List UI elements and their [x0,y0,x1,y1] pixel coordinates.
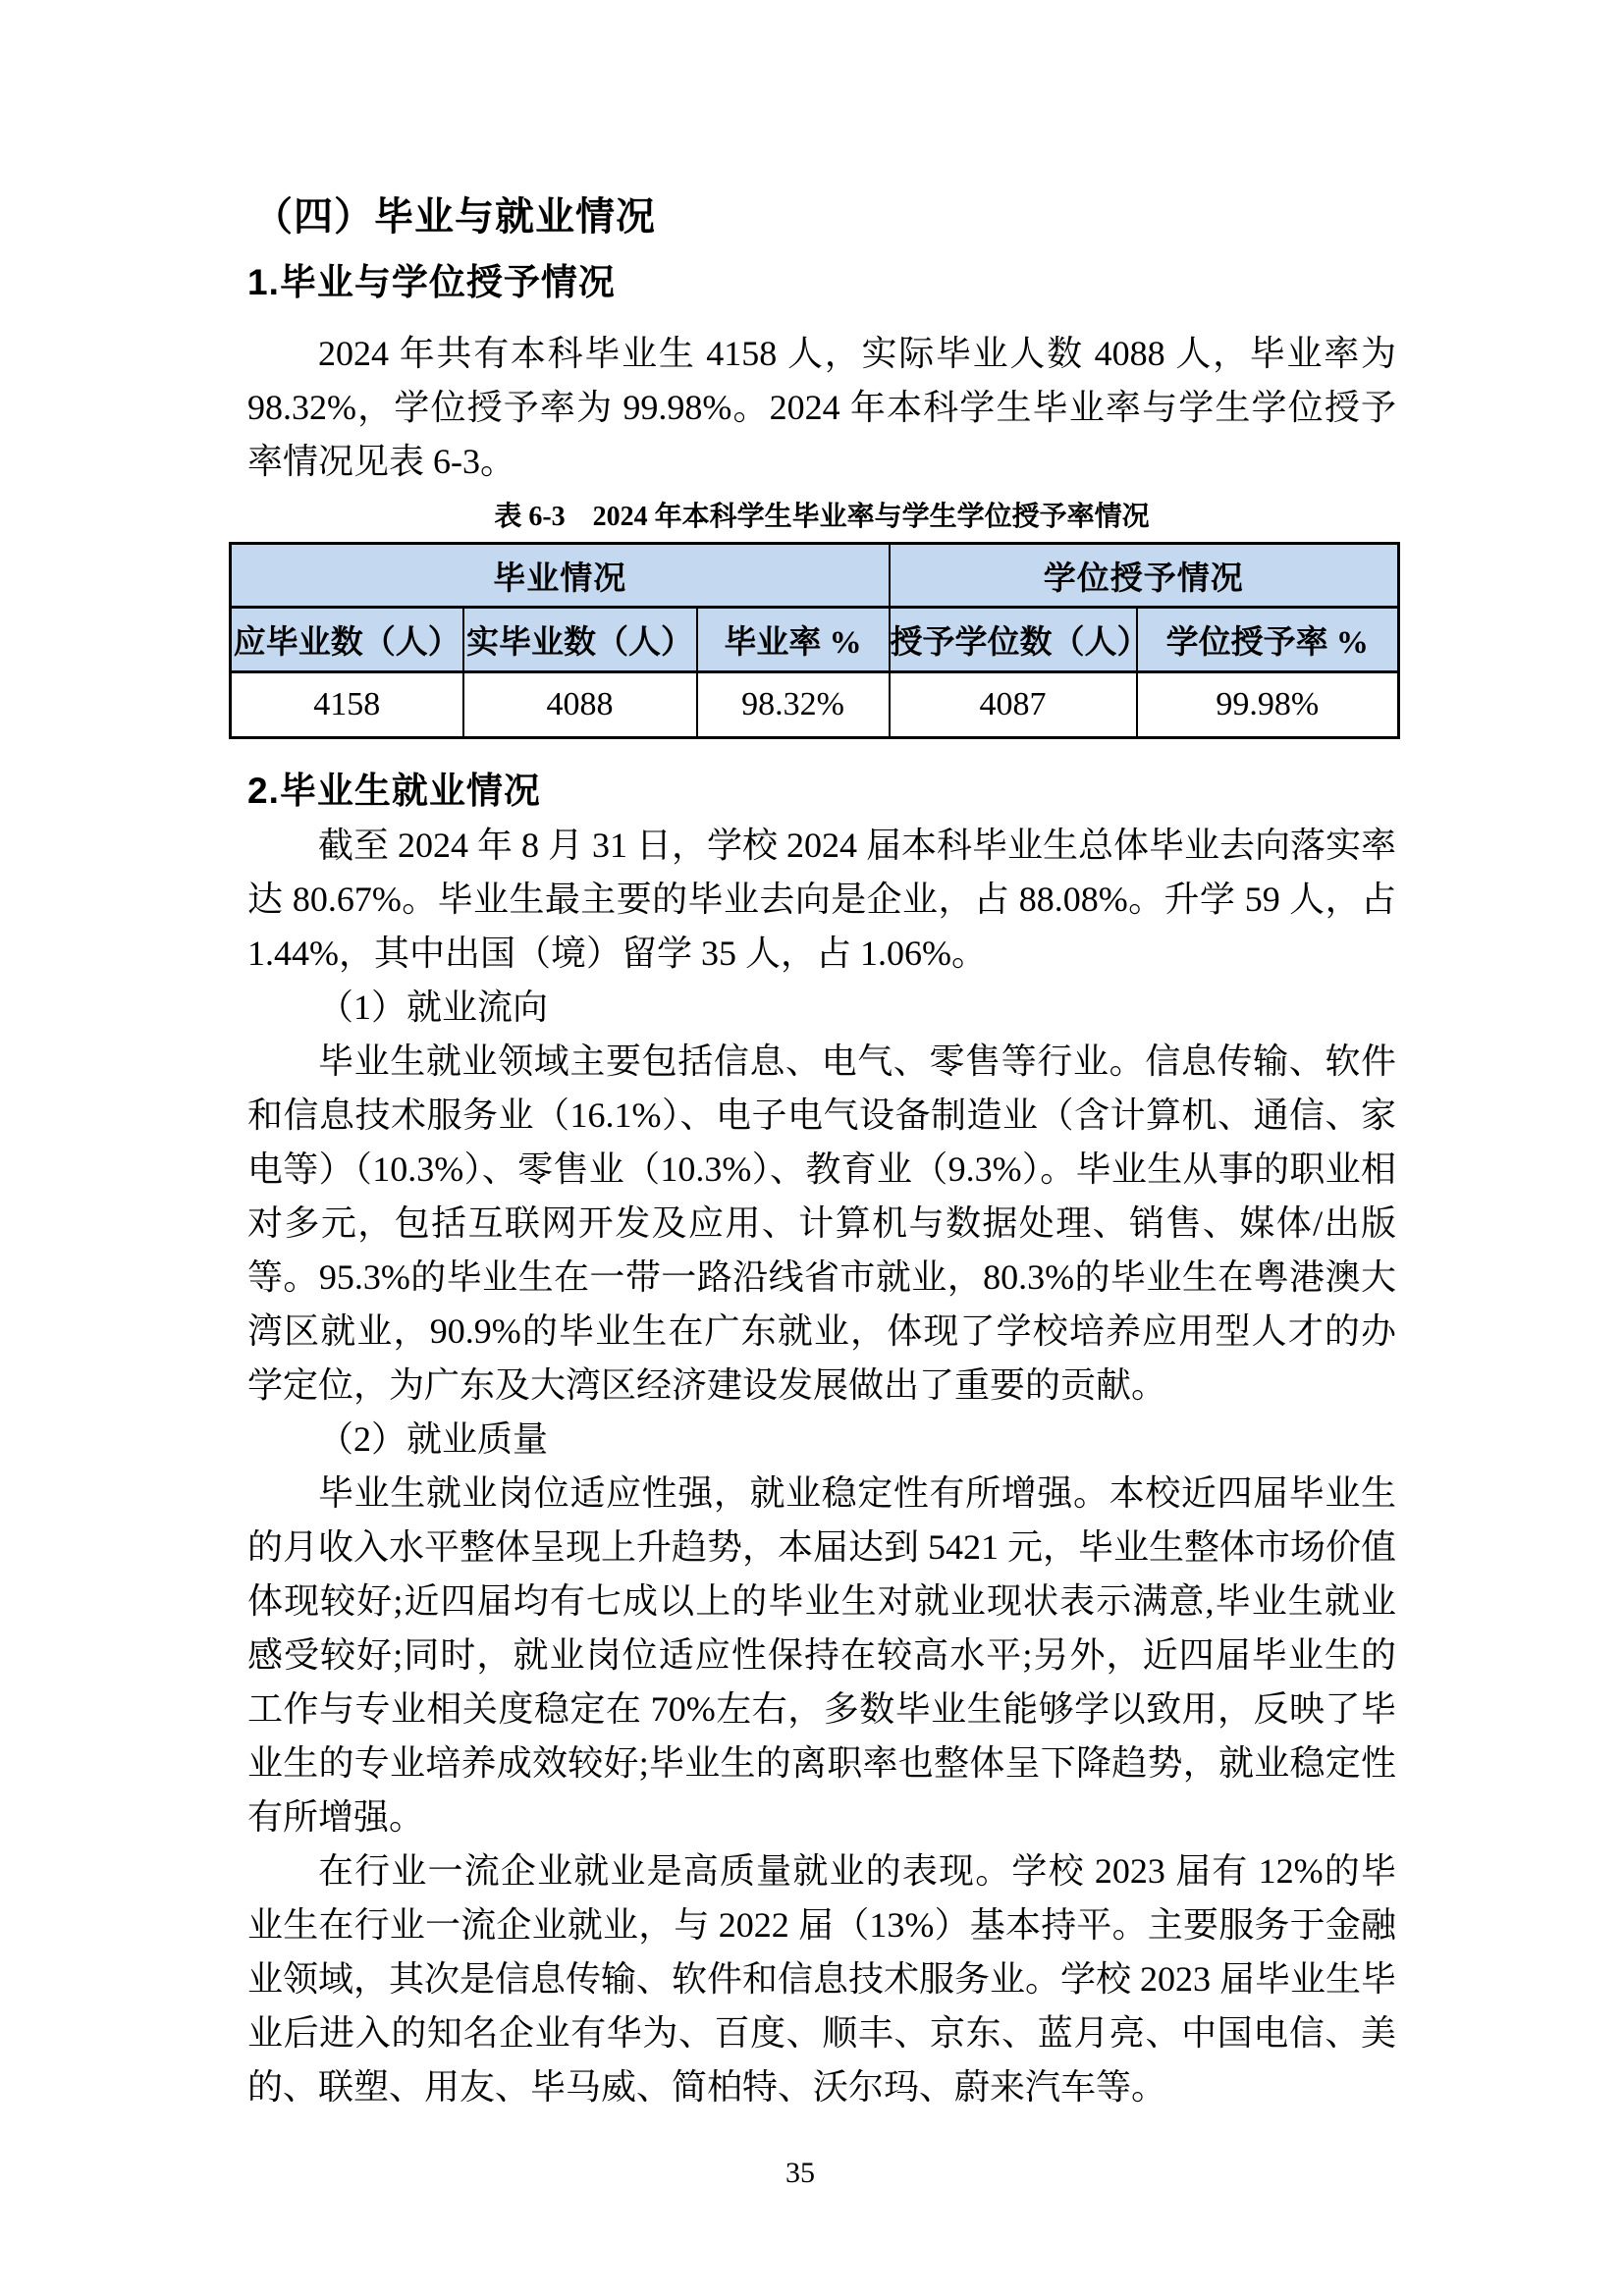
column-header-actual-graduates: 实毕业数（人） [463,608,697,672]
column-header-expected-graduates: 应毕业数（人） [231,608,463,672]
document-content: （四）毕业与就业情况 1.毕业与学位授予情况 2024 年共有本科毕业生 415… [247,191,1396,2114]
page-number: 35 [0,2156,1600,2191]
cell-degrees-awarded: 4087 [890,672,1137,738]
column-header-graduation-rate: 毕业率 % [697,608,890,672]
table-data-row: 4158 4088 98.32% 4087 99.98% [231,672,1399,738]
column-header-degree-award-rate: 学位授予率 % [1137,608,1399,672]
item1-paragraph: 毕业生就业领域主要包括信息、电气、零售等行业。信息传输、软件和信息技术服务业（1… [247,1035,1396,1413]
cell-actual-graduates: 4088 [463,672,697,738]
item1-title: （1）就业流向 [247,981,1396,1035]
section-heading: （四）毕业与就业情况 [253,191,1396,242]
cell-degree-award-rate: 99.98% [1137,672,1399,738]
cell-graduation-rate: 98.32% [697,672,890,738]
subsection2-heading: 2.毕业生就业情况 [247,769,1396,814]
group-header-graduation: 毕业情况 [231,544,890,608]
subsection1-heading: 1.毕业与学位授予情况 [247,260,1396,305]
table-caption: 表 6-3 2024 年本科学生毕业率与学生学位授予率情况 [247,501,1396,534]
column-header-degrees-awarded: 授予学位数（人） [890,608,1137,672]
table-group-header-row: 毕业情况 学位授予情况 [231,544,1399,608]
item2-paragraph: 毕业生就业岗位适应性强，就业稳定性有所增强。本校近四届毕业生的月收入水平整体呈现… [247,1467,1396,1844]
item2-title: （2）就业质量 [247,1413,1396,1467]
graduation-degree-table: 毕业情况 学位授予情况 应毕业数（人） 实毕业数（人） 毕业率 % 授予学位数（… [229,542,1400,739]
cell-expected-graduates: 4158 [231,672,463,738]
subsection1-paragraph: 2024 年共有本科毕业生 4158 人，实际毕业人数 4088 人，毕业率为 … [247,327,1396,489]
table-column-header-row: 应毕业数（人） 实毕业数（人） 毕业率 % 授予学位数（人） 学位授予率 % [231,608,1399,672]
group-header-degree: 学位授予情况 [890,544,1399,608]
subsection2-paragraph: 截至 2024 年 8 月 31 日，学校 2024 届本科毕业生总体毕业去向落… [247,819,1396,981]
closing-paragraph: 在行业一流企业就业是高质量就业的表现。学校 2023 届有 12%的毕业生在行业… [247,1844,1396,2114]
document-page: （四）毕业与就业情况 1.毕业与学位授予情况 2024 年共有本科毕业生 415… [0,0,1623,2296]
